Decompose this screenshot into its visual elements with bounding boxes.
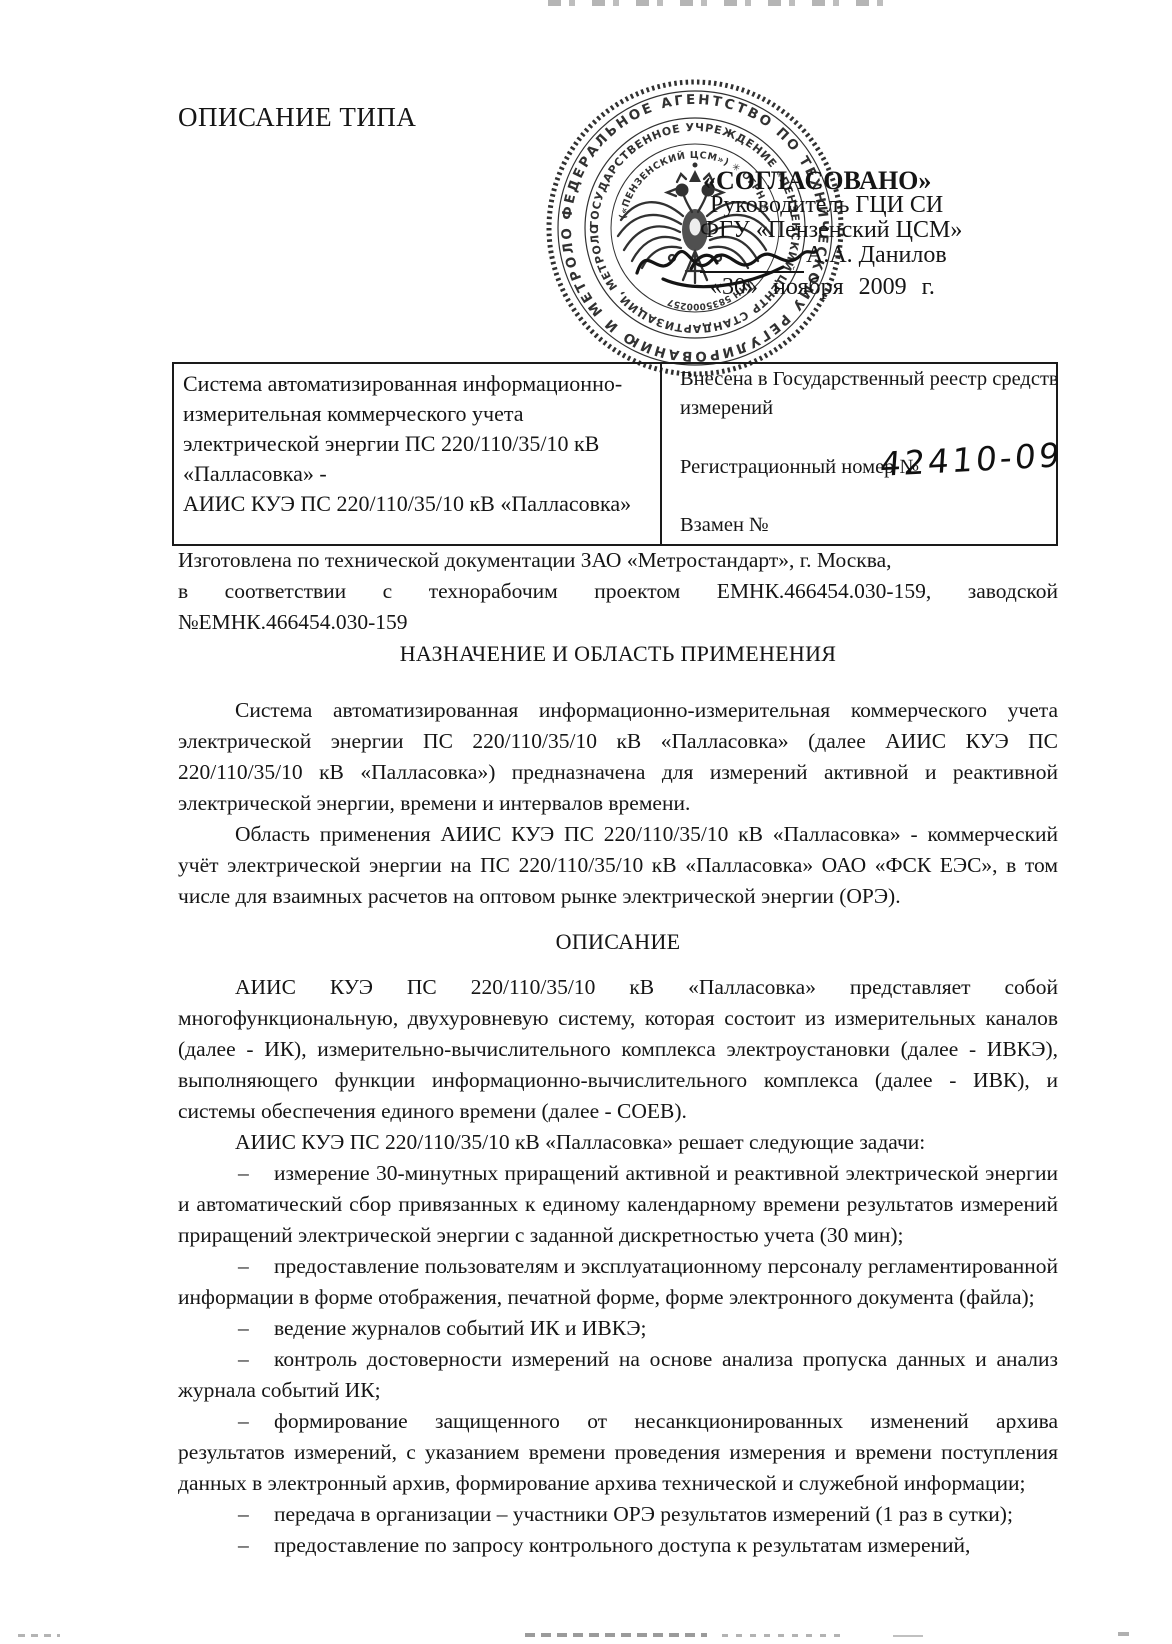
document-body: НАЗНАЧЕНИЕ И ОБЛАСТЬ ПРИМЕНЕНИЯ Система … (178, 638, 1058, 1561)
application-area-paragraph: Область применения АИИС КУЭ ПС 220/110/3… (178, 819, 1058, 912)
replaced-number-label: Взамен № (680, 514, 769, 537)
section-heading-description: ОПИСАНИЕ (178, 926, 1058, 957)
system-name-line: Система автоматизированная информационно… (183, 369, 631, 399)
task-text: ведение журналов событий ИК и ИВКЭ; (274, 1316, 647, 1340)
registry-table: Система автоматизированная информационно… (172, 362, 1058, 546)
manufacturer-paragraph: Изготовлена по технической документации … (178, 545, 1058, 638)
section-heading-purpose: НАЗНАЧЕНИЕ И ОБЛАСТЬ ПРИМЕНЕНИЯ (178, 638, 1058, 669)
task-item: –предоставление пользователям и эксплуат… (178, 1251, 1058, 1313)
manufacturer-line: №ЕМНК.466454.030-159 (178, 607, 1058, 638)
scan-artifact (1118, 1632, 1129, 1636)
page-title: ОПИСАНИЕ ТИПА (178, 102, 416, 133)
task-item: –предоставление по запросу контрольного … (178, 1530, 1058, 1561)
approver-role: Руководитель ГЦИ СИ (710, 192, 943, 219)
task-item: –формирование защищенного от несанкциони… (178, 1406, 1058, 1499)
task-dash: – (238, 1499, 274, 1530)
table-column-divider (660, 364, 662, 544)
task-text: контроль достоверности измерений на осно… (178, 1347, 1058, 1402)
registry-entry-text: измерений (680, 397, 773, 420)
task-text: предоставление по запросу контрольного д… (274, 1533, 970, 1557)
task-dash: – (238, 1344, 274, 1375)
scan-artifact (722, 1634, 840, 1637)
scan-artifact (18, 1634, 60, 1637)
approver-name: А.А. Данилов (806, 242, 947, 269)
task-dash: – (238, 1406, 274, 1437)
scan-artifact (548, 0, 893, 6)
registration-number-row: Регистрационный номер № 42410-09 (680, 456, 919, 479)
task-item: –контроль достоверности измерений на осн… (178, 1344, 1058, 1406)
task-dash: – (238, 1158, 274, 1189)
system-name-line: электрической энергии ПС 220/110/35/10 к… (183, 429, 631, 459)
tasks-intro: АИИС КУЭ ПС 220/110/35/10 кВ «Палласовка… (178, 1127, 1058, 1158)
registry-entry-text: Внесена в Государственный реестр средств (680, 368, 1059, 391)
task-dash: – (238, 1251, 274, 1282)
system-name-line: АИИС КУЭ ПС 220/110/35/10 кВ «Палласовка… (183, 489, 631, 519)
manufacturer-line: в соответствии с технорабочим проектом Е… (178, 576, 1058, 607)
registration-number-handwritten: 42410-09 (879, 435, 1064, 484)
task-item: –ведение журналов событий ИК и ИВКЭ; (178, 1313, 1058, 1344)
system-name-line: «Палласовка» - (183, 459, 631, 489)
task-text: измерение 30-минутных приращений активно… (178, 1161, 1058, 1247)
signature-scribble (633, 233, 819, 289)
scan-artifact (893, 1635, 923, 1637)
scanned-document-page: ОПИСАНИЕ ТИПА ФЕДЕРАЛЬНОЕ АГЕНТСТВО ПО Т… (0, 0, 1172, 1644)
registry-info-cell: Внесена в Государственный реестр средств… (672, 364, 1056, 544)
task-text: формирование защищенного от несанкционир… (178, 1409, 1058, 1495)
task-item: –передача в организации – участники ОРЭ … (178, 1499, 1058, 1530)
task-dash: – (238, 1530, 274, 1561)
system-name-line: измерительная коммерческого учета (183, 399, 631, 429)
task-dash: – (238, 1313, 274, 1344)
scan-artifact (525, 1633, 707, 1637)
manufacturer-line: Изготовлена по технической документации … (178, 545, 1058, 576)
system-name-cell: Система автоматизированная информационно… (183, 369, 631, 519)
task-item: –измерение 30-минутных приращений активн… (178, 1158, 1058, 1251)
purpose-paragraph: Система автоматизированная информационно… (178, 695, 1058, 819)
task-text: предоставление пользователям и эксплуата… (178, 1254, 1058, 1309)
description-paragraph: АИИС КУЭ ПС 220/110/35/10 кВ «Палласовка… (178, 972, 1058, 1127)
task-text: передача в организации – участники ОРЭ р… (274, 1502, 1013, 1526)
